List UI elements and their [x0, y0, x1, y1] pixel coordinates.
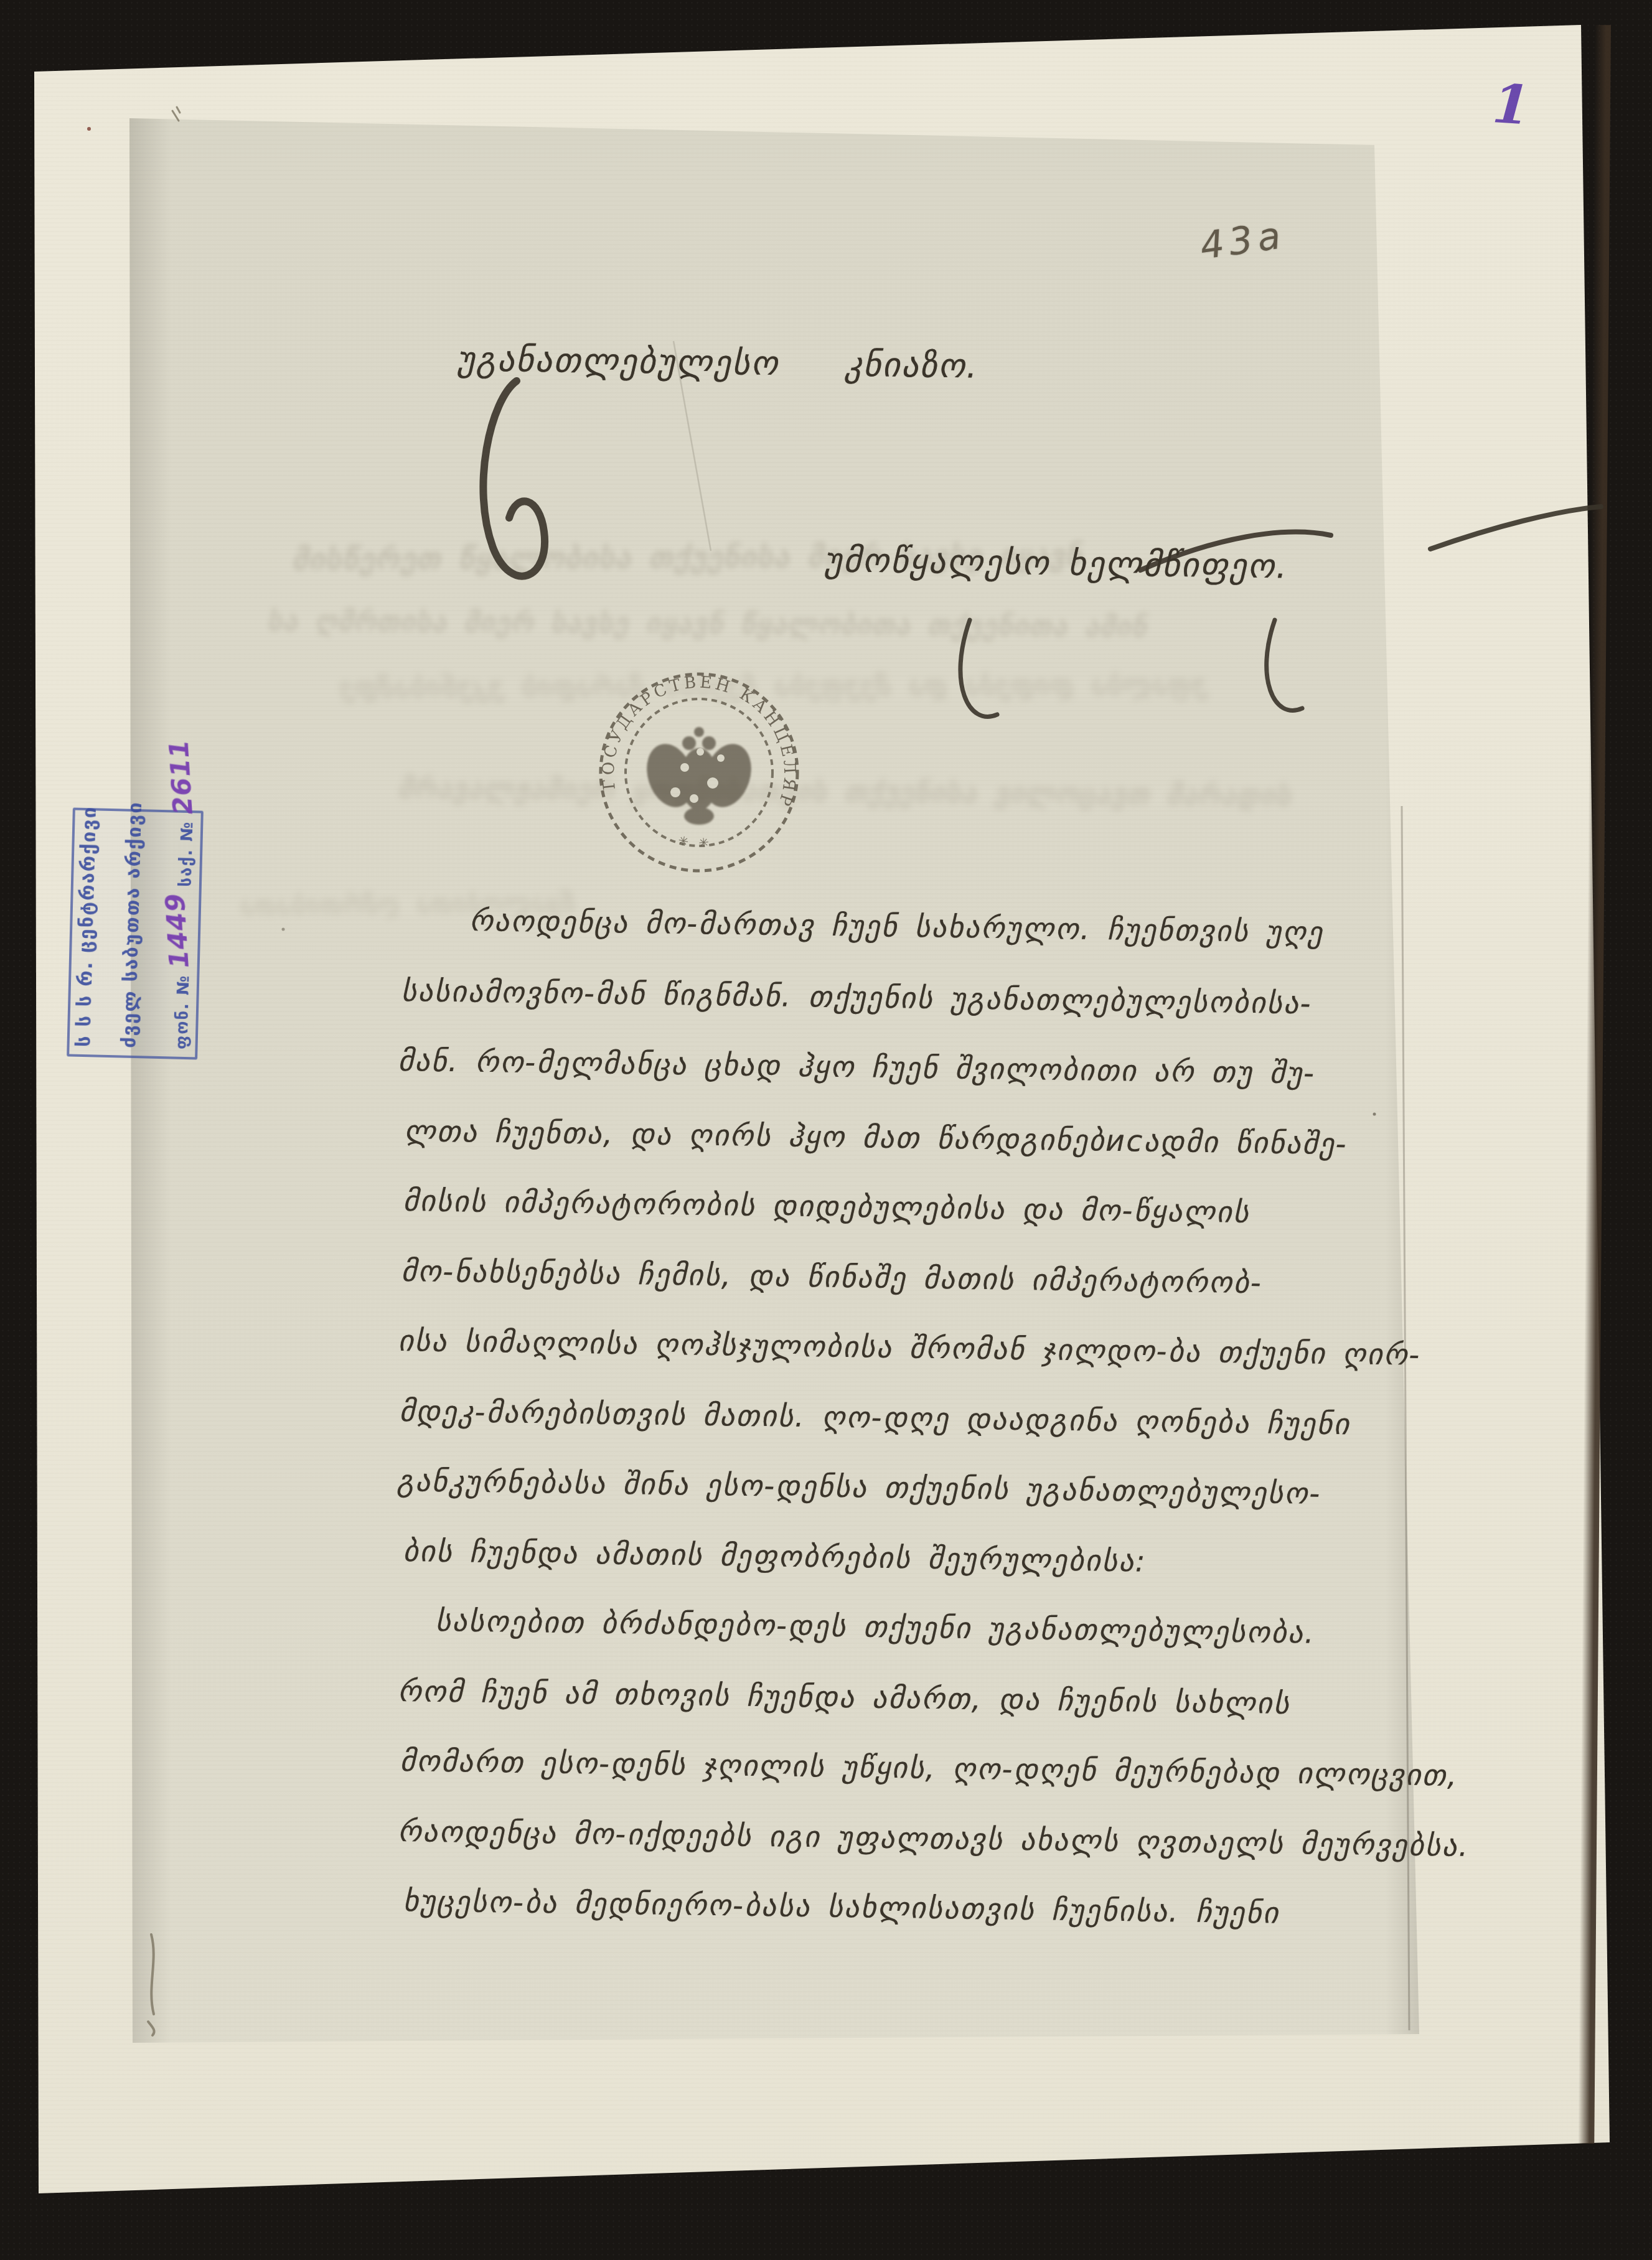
case-label: საქ. № [177, 820, 197, 887]
salutation-line-1: უგანათლებულესოკნიაზო. [457, 339, 979, 386]
archive-stamp-line-1: ს ს ს რ. ცენტრარქივი [73, 818, 100, 1048]
archive-stamp-line-2: ძველ საბუთთა არქივი [118, 819, 145, 1049]
case-number-handwritten: 2611 [164, 738, 198, 815]
fond-number-handwritten: 1449 [161, 892, 194, 969]
photographed-archival-document: 1 43a მისწერეთ წყალობისა თქუენისა მიერ ს… [0, 0, 1652, 2260]
salutation-line-2: უმოწყალესო ხელმწიფეო. [824, 540, 1288, 586]
salutation-gap [779, 375, 845, 375]
archive-stamp-line-3: ფონ. № 1449 საქ. № 2611 [164, 820, 198, 1049]
fond-label: ფონ. № [173, 974, 193, 1049]
salutation-word-most-enlightened: უგანათლებულესო [457, 339, 779, 383]
leaf-number: 1 [1491, 72, 1532, 138]
salutation-word-prince: კნიაზო. [845, 345, 979, 386]
archive-stamp: ს ს ს რ. ცენტრარქივი ძველ საბუთთა არქივი… [67, 807, 204, 1059]
